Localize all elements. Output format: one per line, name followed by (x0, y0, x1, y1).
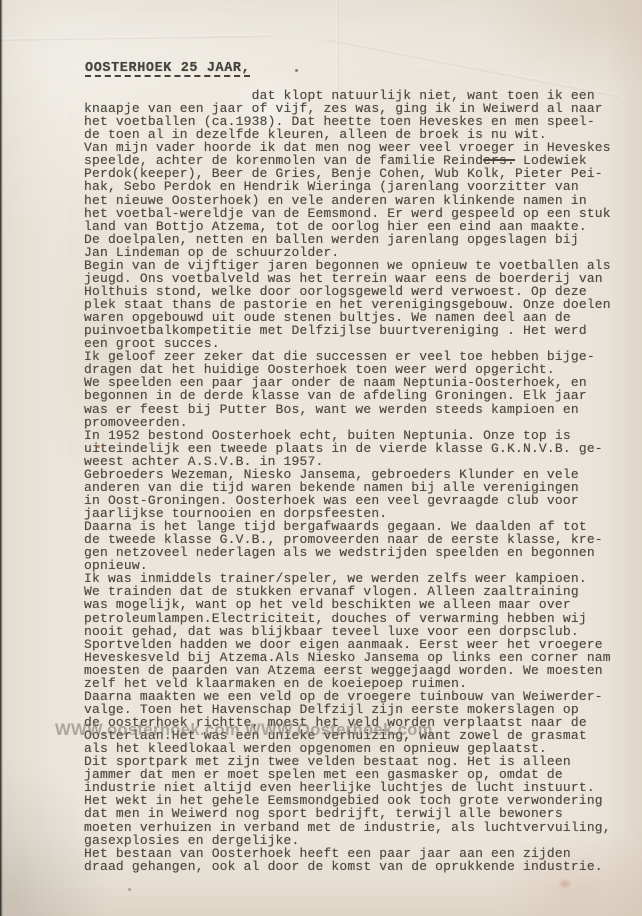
text-line: weest achter A.S.V.B. in 1957. (84, 455, 636, 468)
text-line: Sportvelden hadden we door eigen aanmaak… (84, 638, 636, 651)
document-body-text: dat klopt natuurlijk niet, want toen ik … (84, 89, 636, 873)
text-line: gen netzoveel nederlagen als we wedstrij… (84, 546, 636, 559)
text-line: Heveskesveld bij Atzema.Als Niesko Janse… (84, 651, 636, 664)
text-line: gasexplosies en dergelijke. (84, 834, 636, 847)
text-line: dat men in Weiwerd nog sport bedrijft, t… (84, 807, 636, 820)
text-line: moesten de paarden van Atzema eerst wegg… (84, 664, 636, 677)
text-line: petroleumlampen.Electriciteit, douches o… (84, 612, 636, 625)
text-line: jeugd. Ons voetbalveld was het terrein w… (84, 272, 636, 285)
text-line: anderen van die tijd waren bekende namen… (84, 481, 636, 494)
scanned-document: { "page": { "title": "OOSTERHOEK 25 JAAR… (0, 0, 642, 916)
text-line: hak, Sebo Perdok en Hendrik Wieringa (ja… (84, 180, 636, 193)
text-line: begonnen in de derde klasse van de afdel… (84, 389, 636, 402)
text-line: Gebroeders Wezeman, Niesko Jansema, gebr… (84, 468, 636, 481)
paper-speck (128, 888, 131, 891)
document-title: OOSTERHOEK 25 JAAR, (85, 61, 250, 76)
text-line: uiteindelijk een tweede plaats in de vie… (84, 442, 636, 455)
text-line: het nieuwe Oosterhoek) en vele anderen w… (84, 194, 636, 207)
text-line: was mogelijk, want op het veld beschikte… (84, 598, 636, 611)
text-line: was er feest bij Putter Bos, want we wer… (84, 403, 636, 416)
scan-edge (0, 0, 3, 916)
paper-speck (96, 445, 100, 448)
text-line: Het bestaan van Oosterhoek heeft een paa… (84, 847, 636, 860)
text-line: nooit gehad, dat was blijkbaar teveel lu… (84, 625, 636, 638)
text-line: Daarna maakten we een veld op de vroeger… (84, 690, 636, 703)
watermark-text: WWW.oosterhoek.com WWW.Oosterhoek.com (55, 721, 433, 740)
text-line: In 1952 bestond Oosterhoek echt, buiten … (84, 429, 636, 442)
text-line: draad gehangen, ook al door de komst van… (84, 860, 636, 873)
text-line: zelf het veld klaarmaken en de koeiepoep… (84, 677, 636, 690)
text-line: Jan Lindeman op de schuurzolder. (84, 246, 636, 259)
text-line: De doelpalen, netten en ballen werden ja… (84, 233, 636, 246)
ink-speck (295, 69, 298, 72)
text-line: Begin van de vijftiger jaren begonnen we… (84, 259, 636, 272)
text-line: moeten verhuizen in verband met de indus… (84, 821, 636, 834)
text-line: het voetbal-wereldje van de Eemsmond. Er… (84, 207, 636, 220)
text-line: land van Bottjo Atzema, tot de oorlog hi… (84, 220, 636, 233)
text-line: promoveerden. (84, 416, 636, 429)
